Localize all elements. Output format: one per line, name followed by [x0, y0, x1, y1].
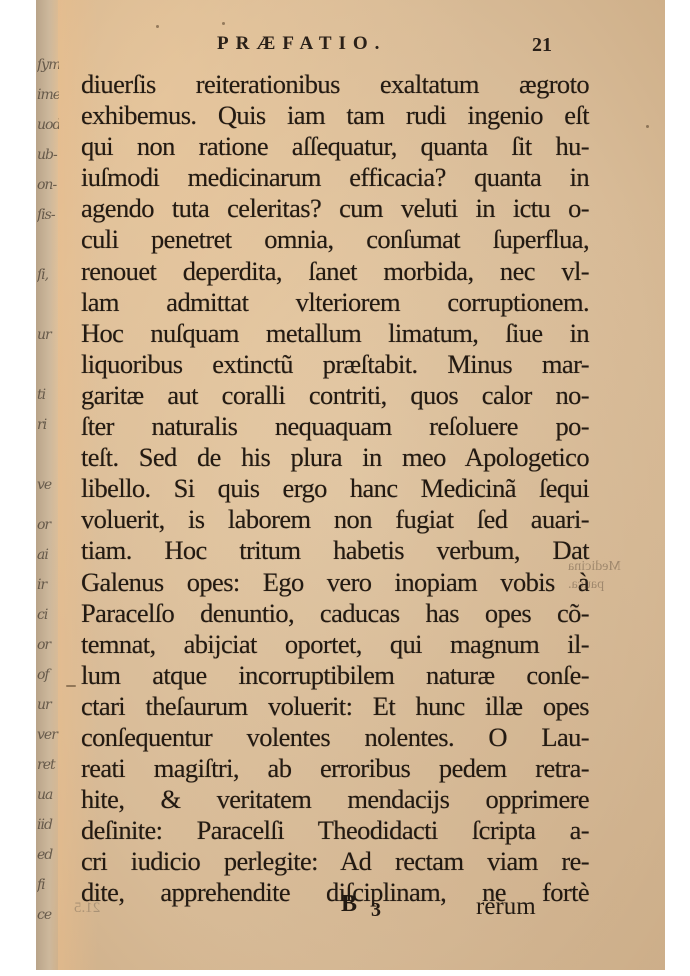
gutter-fragment: uod	[37, 118, 59, 132]
text-line: diuerſis reiterationibus exaltatum ægrot…	[81, 69, 589, 100]
gutter-fragment: ret	[37, 758, 59, 772]
running-head: PRÆFATIO.	[217, 33, 386, 55]
text-line: libello. Si quis ergo hanc Medicinã ſequ…	[81, 473, 589, 504]
gutter-fragment: ur	[37, 698, 59, 712]
gutter-fragment: ai	[37, 548, 59, 562]
text-line: teſt. Sed de his plura in meo Apologetic…	[81, 442, 589, 473]
text-line: tiam. Hoc tritum habetis verbum, Dat	[81, 535, 589, 566]
text-line: ſter naturalis nequaquam reſoluere po-	[81, 411, 589, 442]
text-line: deſinite: Paracelſi Theodidacti ſcripta …	[81, 815, 589, 846]
text-line: liquoribus extinctũ præſtabit. Minus mar…	[81, 349, 589, 380]
book-page: ſym ime uod ub- on- ſis- ſi, ur ti ri ve…	[36, 0, 665, 970]
gutter-fragment: or	[37, 518, 59, 532]
gutter-fragment: ir	[37, 578, 59, 592]
text-line: Paracelſo denuntio, caducas has opes cõ-	[81, 598, 589, 629]
marginal-note-bleed: Medicina pauca.	[568, 558, 628, 594]
marginal-note-line: pauca.	[568, 576, 628, 594]
gutter-fragment: ime	[37, 88, 59, 102]
signature-number: 3	[371, 899, 395, 921]
text-line: lum atque incorruptibilem naturæ conſe-	[81, 660, 589, 691]
paper-speck	[222, 22, 225, 25]
text-line: reati magiſtri, ab erroribus pedem retra…	[81, 753, 589, 784]
signature-letter: B	[341, 891, 371, 917]
gutter-fragment: or	[37, 638, 59, 652]
text-line: Hoc nuſquam metallum limatum, ſiue in	[81, 318, 589, 349]
text-line: voluerit, is laborem non fugiat ſed auar…	[81, 504, 589, 535]
gutter-fragment: fi	[37, 878, 59, 892]
marginal-note-line: Medicina	[568, 558, 628, 576]
text-line: ctari theſaurum voluerit: Et hunc illæ o…	[81, 691, 589, 722]
gutter-fragment: ſis-	[37, 208, 59, 222]
text-line: culi penetret omnia, conſumat ſuperflua,	[81, 224, 589, 255]
gutter-fragment: ti	[37, 388, 59, 402]
text-line: iuſmodi medicinarum efficacia? quanta in	[81, 162, 589, 193]
gutter-fragment: ub-	[37, 148, 59, 162]
signature-mark: B3	[341, 891, 395, 918]
catchword: rerum	[476, 893, 536, 921]
paper-speck	[646, 125, 649, 128]
gutter-fragment: ur	[37, 328, 59, 342]
text-line: qui non ratione aſſequatur, quanta ſit h…	[81, 131, 589, 162]
gutter-fragment: ci	[37, 608, 59, 622]
gutter-fragment: ri	[37, 418, 59, 432]
gutter-fragment: ver	[37, 728, 59, 742]
paper-speck	[66, 685, 76, 687]
text-line: renouet deperdita, ſanet morbida, nec vl…	[81, 256, 589, 287]
gutter-fragment: ve	[37, 478, 59, 492]
text-line: Galenus opes: Ego vero inopiam vobis à	[81, 567, 589, 598]
text-line: conſequentur volentes nolentes. O Lau-	[81, 722, 589, 753]
paper-speck	[156, 25, 159, 28]
page-footer: B3 rerum	[36, 891, 665, 925]
text-line: garitæ aut coralli contriti, quos calor …	[81, 380, 589, 411]
text-line: temnat, abijciat oportet, qui magnum il-	[81, 629, 589, 660]
gutter-fragment: ua	[37, 788, 59, 802]
gutter-fragment: ſi,	[37, 268, 59, 282]
gutter-fragment: ed	[37, 848, 59, 862]
gutter-fragment: on-	[37, 178, 59, 192]
text-line: hite, & veritatem mendacijs opprimere	[81, 784, 589, 815]
page-header: PRÆFATIO. 21	[36, 33, 665, 63]
text-line: cri iudicio perlegite: Ad rectam viam re…	[81, 846, 589, 877]
text-line: exhibemus. Quis iam tam rudi ingenio eſt	[81, 100, 589, 131]
body-text: diuerſis reiterationibus exaltatum ægrot…	[81, 69, 601, 909]
gutter-fragment: of	[37, 668, 59, 682]
text-line: lam admittat vlteriorem corruptionem.	[81, 287, 589, 318]
gutter-fragment: iid	[37, 818, 59, 832]
text-line: agendo tuta celeritas? cum veluti in ict…	[81, 193, 589, 224]
page-number: 21	[532, 34, 552, 57]
